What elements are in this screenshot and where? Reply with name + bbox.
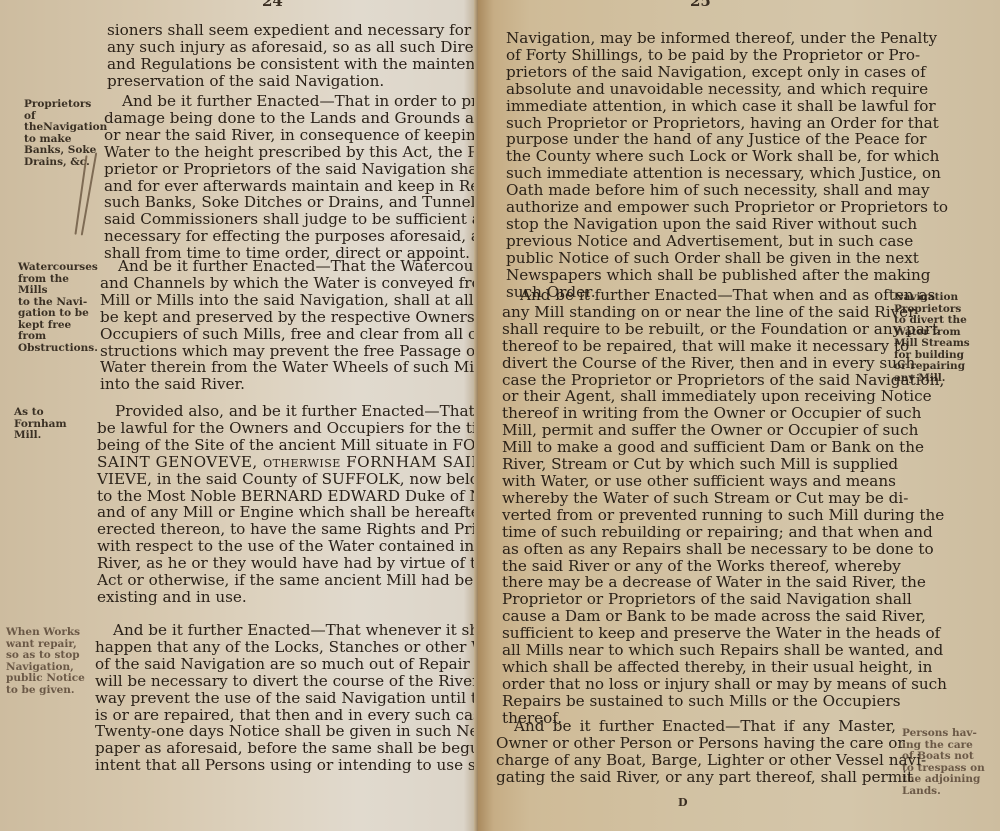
margin-note-line: from the Mills bbox=[18, 274, 100, 297]
margin-note-line: so as to stop bbox=[6, 650, 96, 662]
text-line: such Proprietor or Proprietors, having a… bbox=[506, 115, 891, 132]
text-line: is or are repaired, that then and in eve… bbox=[95, 707, 478, 724]
text-line: such immediate attention is necessary, w… bbox=[506, 165, 891, 182]
text-line: Act or otherwise, if the same ancient Mi… bbox=[97, 572, 478, 589]
text-line: sufficient to keep and preserve the Wate… bbox=[502, 625, 892, 642]
text-line: happen that any of the Locks, Stanches o… bbox=[95, 639, 478, 656]
continuation-text: sioners shall seem expedient and necessa… bbox=[107, 22, 478, 90]
text-line: And be it further Enacted—That if any Ma… bbox=[496, 718, 896, 735]
text-line: existing and in use. bbox=[97, 589, 478, 606]
section-works-repair: And be it further Enacted—That whenever … bbox=[95, 622, 478, 774]
margin-note-fornham-mill: As to Fornham Mill. bbox=[14, 407, 99, 442]
text-line: case the Proprietor or Proprietors of th… bbox=[502, 372, 892, 389]
text-line: And be it further Enacted—That whenever … bbox=[95, 622, 478, 639]
text-line: Oath made before him of such necessity, … bbox=[506, 182, 891, 199]
text-line: of Forty Shillings, to be paid by the Pr… bbox=[506, 47, 891, 64]
text-line: Twenty-one days Notice shall be given in… bbox=[95, 723, 478, 740]
text-line: Mill, permit and suffer the Owner or Occ… bbox=[502, 422, 892, 439]
text-line: with Water, or use other sufficient ways… bbox=[502, 473, 892, 490]
text-line: thereof in writing from the Owner or Occ… bbox=[502, 405, 892, 422]
margin-note-line: to be given. bbox=[6, 685, 96, 697]
text-line: or their Agent, shall immediately upon r… bbox=[502, 388, 892, 405]
text-line: thereof to be repaired, that will make i… bbox=[502, 338, 892, 355]
text-line: necessary for effecting the purposes afo… bbox=[104, 228, 478, 245]
text-line: Proprietor or Proprietors of the said Na… bbox=[502, 591, 892, 608]
section-mill-rebuild: And be it further Enacted—That when and … bbox=[502, 287, 892, 727]
text-line: damage being done to the Lands and Groun… bbox=[104, 110, 478, 127]
text-line: charge of any Boat, Barge, Lighter or ot… bbox=[496, 752, 896, 769]
text-line: time of such rebuilding or repairing; an… bbox=[502, 524, 892, 541]
margin-note-line: gation to be bbox=[18, 308, 100, 320]
text-line: authorize and empower such Proprietor or… bbox=[506, 199, 891, 216]
text-line: any such injury as aforesaid, so as all … bbox=[107, 39, 478, 56]
margin-note-line: Mill Streams bbox=[894, 338, 994, 350]
text-line: there may be a decrease of Water in the … bbox=[502, 574, 892, 591]
text-line: River, Stream or Cut by which such Mill … bbox=[502, 456, 892, 473]
margin-note-line: Persons hav- bbox=[902, 728, 998, 740]
text-line: said Commissioners shall judge to be suf… bbox=[104, 211, 478, 228]
text-line: to the Most Noble BERNARD EDWARD Duke of… bbox=[97, 488, 478, 505]
text-line: Water to the height prescribed by this A… bbox=[104, 144, 478, 161]
margin-note-line: the adjoining bbox=[902, 774, 998, 786]
text-line: which shall be affected thereby, in thei… bbox=[502, 659, 892, 676]
text-line: such Banks, Soke Ditches or Drains, and … bbox=[104, 194, 478, 211]
text-line: SAINT GENOVEVE, otherwise FORNHAM SAINT … bbox=[97, 454, 478, 471]
text-line: or near the said River, in consequence o… bbox=[104, 127, 478, 144]
margin-note-line: kept free from bbox=[18, 320, 100, 343]
text-line: Mill to make a good and sufficient Dam o… bbox=[502, 439, 892, 456]
margin-note-line: When Works bbox=[6, 627, 96, 639]
text-line: cause a Dam or Bank to be made across th… bbox=[502, 608, 892, 625]
text-line: whereby the Water of such Stream or Cut … bbox=[502, 490, 892, 507]
text-line: prietor or Proprietors of the said Navig… bbox=[104, 161, 478, 178]
margin-note-proprietors-banks: Proprietors of theNavigation to make Ban… bbox=[24, 99, 104, 168]
text-line: Newspapers which shall be published afte… bbox=[506, 267, 891, 284]
margin-note-line: Obstructions. bbox=[18, 343, 100, 355]
text-line: prietors of the said Navigation, except … bbox=[506, 64, 891, 81]
text-line: be kept and preserved by the respective … bbox=[100, 309, 478, 326]
continuation-text: Navigation, may be informed thereof, und… bbox=[506, 30, 891, 301]
text-line: intent that all Persons using or intendi… bbox=[95, 757, 478, 774]
left-page: 24 sioners shall seem expedient and nece… bbox=[0, 0, 478, 831]
text-line: of the said Navigation are so much out o… bbox=[95, 656, 478, 673]
text-line: gating the said River, or any part there… bbox=[496, 769, 896, 786]
section-boats-trespass: And be it further Enacted—That if any Ma… bbox=[496, 718, 896, 786]
section-fornham-mill: Provided also, and be it further Enacted… bbox=[97, 403, 478, 606]
margin-note-line: public Notice bbox=[6, 673, 96, 685]
text-line: divert the Course of the River, then and… bbox=[502, 355, 892, 372]
right-page: 25 Navigation, may be informed thereof, … bbox=[478, 0, 1000, 831]
text-line: absolute and unavoidable necessity, and … bbox=[506, 81, 891, 98]
text-line: and of any Mill or Engine which shall be… bbox=[97, 504, 478, 521]
text-line: Navigation, may be informed thereof, und… bbox=[506, 30, 891, 47]
page-number: 25 bbox=[690, 0, 711, 10]
text-line: stop the Navigation upon the said River … bbox=[506, 216, 891, 233]
text-line: and for ever afterwards maintain and kee… bbox=[104, 178, 478, 195]
margin-note-line: Watercourses bbox=[18, 262, 100, 274]
text-line: and Channels by which the Water is conve… bbox=[100, 275, 478, 292]
text-line: paper as aforesaid, before the same shal… bbox=[95, 740, 478, 757]
text-line: as often as any Repairs shall be necessa… bbox=[502, 541, 892, 558]
text-line: with respect to the use of the Water con… bbox=[97, 538, 478, 555]
text-line: purpose under the hand of any Justice of… bbox=[506, 131, 891, 148]
section-proprietors-banks: And be it further Enacted—That in order … bbox=[104, 93, 478, 262]
section-watercourses: And be it further Enacted—That the Water… bbox=[100, 258, 478, 393]
text-line: And be it further Enacted—That when and … bbox=[502, 287, 892, 304]
text-line: order that no loss or injury shall or ma… bbox=[502, 676, 892, 693]
margin-note-line: As to Fornham bbox=[14, 407, 99, 430]
text-line: Mill or Mills into the said Navigation, … bbox=[100, 292, 478, 309]
margin-note-line: theNavigation bbox=[24, 122, 104, 134]
text-line: Water therein from the Water Wheels of s… bbox=[100, 359, 478, 376]
text-line: sioners shall seem expedient and necessa… bbox=[107, 22, 478, 39]
text-line: the County where such Lock or Work shall… bbox=[506, 148, 891, 165]
text-line: and Regulations be consistent with the m… bbox=[107, 56, 478, 73]
text-line: And be it further Enacted—That the Water… bbox=[100, 258, 478, 275]
margin-note-works-repair: When Works want repair, so as to stop Na… bbox=[6, 627, 96, 696]
text-line: being of the Site of the ancient Mill si… bbox=[97, 437, 478, 454]
text-line: Owner or other Person or Persons having … bbox=[496, 735, 896, 752]
text-line: immediate attention, in which case it sh… bbox=[506, 98, 891, 115]
text-line: any Mill standing on or near the line of… bbox=[502, 304, 892, 321]
text-line: previous Notice and Advertisement, but i… bbox=[506, 233, 891, 250]
text-line: will be necessary to divert the course o… bbox=[95, 673, 478, 690]
text-line: Repairs be sustained to such Mills or th… bbox=[502, 693, 892, 710]
text-line: public Notice of such Order shall be giv… bbox=[506, 250, 891, 267]
margin-note-line: Lands. bbox=[902, 786, 998, 798]
text-line: River, as he or they would have had by v… bbox=[97, 555, 478, 572]
signature-mark: D bbox=[678, 796, 688, 809]
text-line: all Mills near to which such Repairs sha… bbox=[502, 642, 892, 659]
text-line: the said River or any of the Works there… bbox=[502, 558, 892, 575]
text-line: structions which may prevent the free Pa… bbox=[100, 343, 478, 360]
text-line: way prevent the use of the said Navigati… bbox=[95, 690, 478, 707]
text-line: preservation of the said Navigation. bbox=[107, 73, 478, 90]
page-number: 24 bbox=[262, 0, 283, 10]
margin-note-line: Banks, Soke bbox=[24, 145, 104, 157]
text-line: shall require to be rebuilt, or the Foun… bbox=[502, 321, 892, 338]
margin-note-line: Mill. bbox=[14, 430, 99, 442]
text-line: Provided also, and be it further Enacted… bbox=[97, 403, 478, 420]
text-line: And be it further Enacted—That in order … bbox=[104, 93, 478, 110]
margin-note-watercourses: Watercourses from the Mills to the Navi-… bbox=[18, 262, 100, 354]
text-line: erected thereon, to have the same Rights… bbox=[97, 521, 478, 538]
text-line: be lawful for the Owners and Occupiers f… bbox=[97, 420, 478, 437]
text-line: verted from or prevented running to such… bbox=[502, 507, 892, 524]
margin-note-line: Proprietors of bbox=[24, 99, 104, 122]
text-line: VIEVE, in the said County of SUFFOLK, no… bbox=[97, 471, 478, 488]
text-line: Occupiers of such Mills, free and clear … bbox=[100, 326, 478, 343]
text-line: into the said River. bbox=[100, 376, 478, 393]
